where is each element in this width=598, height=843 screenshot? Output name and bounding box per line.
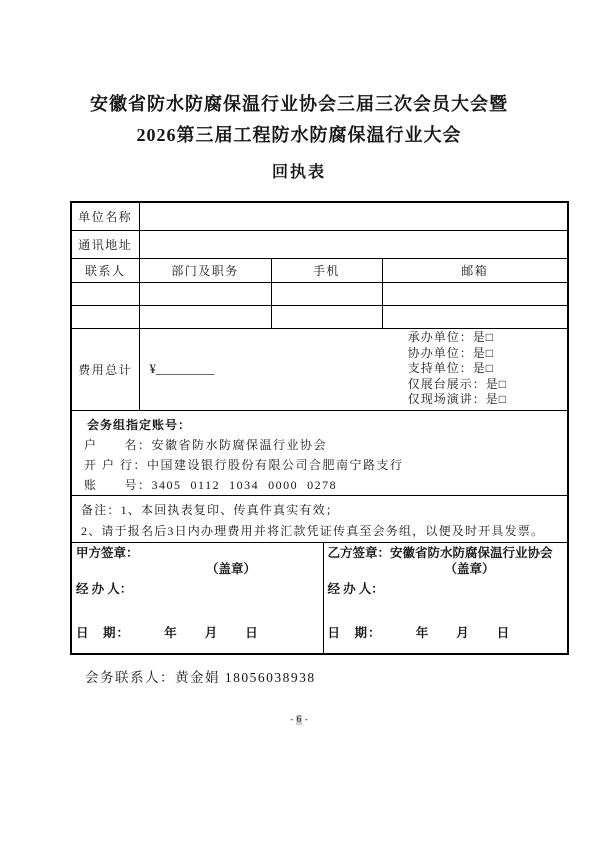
checkbox-option-host[interactable]: 承办单位：是□ (408, 330, 507, 346)
contact2-dept-cell[interactable] (139, 305, 271, 328)
contact-email-header: 邮箱 (382, 258, 568, 282)
party-b-seal-label: （盖章） (445, 562, 564, 577)
note-line-2: 2、请于报名后3日内办理费用并将汇款凭证传真至会务组，以便及时开具发票。 (81, 521, 567, 542)
account-heading: 会务组指定账号： (84, 415, 567, 435)
form-subtitle: 回执表 (0, 159, 598, 182)
party-a-cell: 甲方签章： （盖章） 经 办 人： 日 期： 年 月 日 (71, 542, 323, 654)
page-number-prefix: - (290, 715, 296, 725)
contact-row-1 (71, 282, 568, 305)
signature-row: 甲方签章： （盖章） 经 办 人： 日 期： 年 月 日 乙方签章：安徽省防水防… (71, 542, 568, 654)
checkbox-option-speech-only[interactable]: 仅现场演讲：是□ (408, 392, 507, 408)
conference-contact-line: 会务联系人：黄金娟 18056038938 (85, 666, 316, 686)
page-number-suffix: - (302, 715, 308, 725)
contact-name-header: 联系人 (71, 258, 139, 282)
fee-row: 费用总计 ¥_________ 承办单位：是□ 协办单位：是□ 支持单位：是□ … (71, 328, 568, 410)
party-b-cell: 乙方签章：安徽省防水防腐保温行业协会 （盖章） 经 办 人： 日 期： 年 月 … (323, 542, 568, 654)
account-number-line: 账 号：3405 0112 1034 0000 0278 (84, 475, 567, 495)
notes-section: 备注：1、本回执表复印、传真件真实有效； 2、请于报名后3日内办理费用并将汇款凭… (71, 495, 568, 542)
title-line-2: 2026第三届工程防水防腐保温行业大会 (0, 120, 598, 151)
address-label: 通讯地址 (71, 230, 139, 258)
page-title: 安徽省防水防腐保温行业协会三届三次会员大会暨 2026第三届工程防水防腐保温行业… (0, 89, 598, 151)
account-row: 会务组指定账号： 户 名：安徽省防水防腐保温行业协会 开 户 行：中国建设银行股… (71, 410, 568, 495)
contact-mobile-header: 手机 (271, 258, 382, 282)
party-a-handler-label[interactable]: 经 办 人： (76, 582, 319, 597)
party-a-seal-label: （盖章） (206, 562, 319, 577)
unit-name-label: 单位名称 (71, 202, 139, 230)
contact-dept-header: 部门及职务 (139, 258, 271, 282)
contact1-mobile-cell[interactable] (271, 282, 382, 305)
account-holder-line: 户 名：安徽省防水防腐保温行业协会 (84, 435, 567, 455)
contact-row-2 (71, 305, 568, 328)
fee-amount-field[interactable]: ¥_________ (150, 361, 215, 377)
fee-content-cell: ¥_________ 承办单位：是□ 协办单位：是□ 支持单位：是□ 仅展台展示… (139, 328, 568, 410)
contact2-name-cell[interactable] (71, 305, 139, 328)
party-b-handler-label[interactable]: 经 办 人： (328, 582, 564, 597)
unit-name-row: 单位名称 (71, 202, 568, 230)
address-input-cell[interactable] (139, 230, 568, 258)
contact2-email-cell[interactable] (382, 305, 568, 328)
contact1-dept-cell[interactable] (139, 282, 271, 305)
party-b-title: 乙方签章：安徽省防水防腐保温行业协会 (328, 546, 564, 561)
page-number: - 6 - (0, 715, 598, 725)
contact2-mobile-cell[interactable] (271, 305, 382, 328)
fee-label: 费用总计 (71, 328, 139, 410)
checkbox-option-coorganizer[interactable]: 协办单位：是□ (408, 346, 507, 362)
contact-header-row: 联系人 部门及职务 手机 邮箱 (71, 258, 568, 282)
party-a-title: 甲方签章： (76, 546, 319, 561)
checkbox-option-supporter[interactable]: 支持单位：是□ (408, 361, 507, 377)
account-number-label: 账 号： (84, 478, 152, 492)
checkbox-option-booth-only[interactable]: 仅展台展示：是□ (408, 377, 507, 393)
bank-value: 中国建设银行股份有限公司合肥南宁路支行 (147, 458, 404, 472)
unit-name-input-cell[interactable] (139, 202, 568, 230)
account-holder-label: 户 名： (84, 438, 152, 452)
bank-label: 开 户 行： (84, 458, 147, 472)
title-line-1: 安徽省防水防腐保温行业协会三届三次会员大会暨 (0, 89, 598, 120)
contact1-name-cell[interactable] (71, 282, 139, 305)
note-line-1: 备注：1、本回执表复印、传真件真实有效； (81, 500, 567, 521)
account-holder-value: 安徽省防水防腐保温行业协会 (152, 438, 328, 452)
return-form-table: 单位名称 通讯地址 联系人 部门及职务 手机 邮箱 (70, 201, 569, 655)
address-row: 通讯地址 (71, 230, 568, 258)
account-number-value: 3405 0112 1034 0000 0278 (152, 478, 338, 492)
contact1-email-cell[interactable] (382, 282, 568, 305)
party-a-date-line[interactable]: 日 期： 年 月 日 (76, 626, 319, 641)
role-checkbox-list: 承办单位：是□ 协办单位：是□ 支持单位：是□ 仅展台展示：是□ 仅现场演讲：是… (408, 330, 507, 408)
notes-row: 备注：1、本回执表复印、传真件真实有效； 2、请于报名后3日内办理费用并将汇款凭… (71, 495, 568, 542)
party-b-date-line[interactable]: 日 期： 年 月 日 (328, 626, 564, 641)
account-section: 会务组指定账号： 户 名：安徽省防水防腐保温行业协会 开 户 行：中国建设银行股… (71, 410, 568, 495)
bank-line: 开 户 行：中国建设银行股份有限公司合肥南宁路支行 (84, 455, 567, 475)
